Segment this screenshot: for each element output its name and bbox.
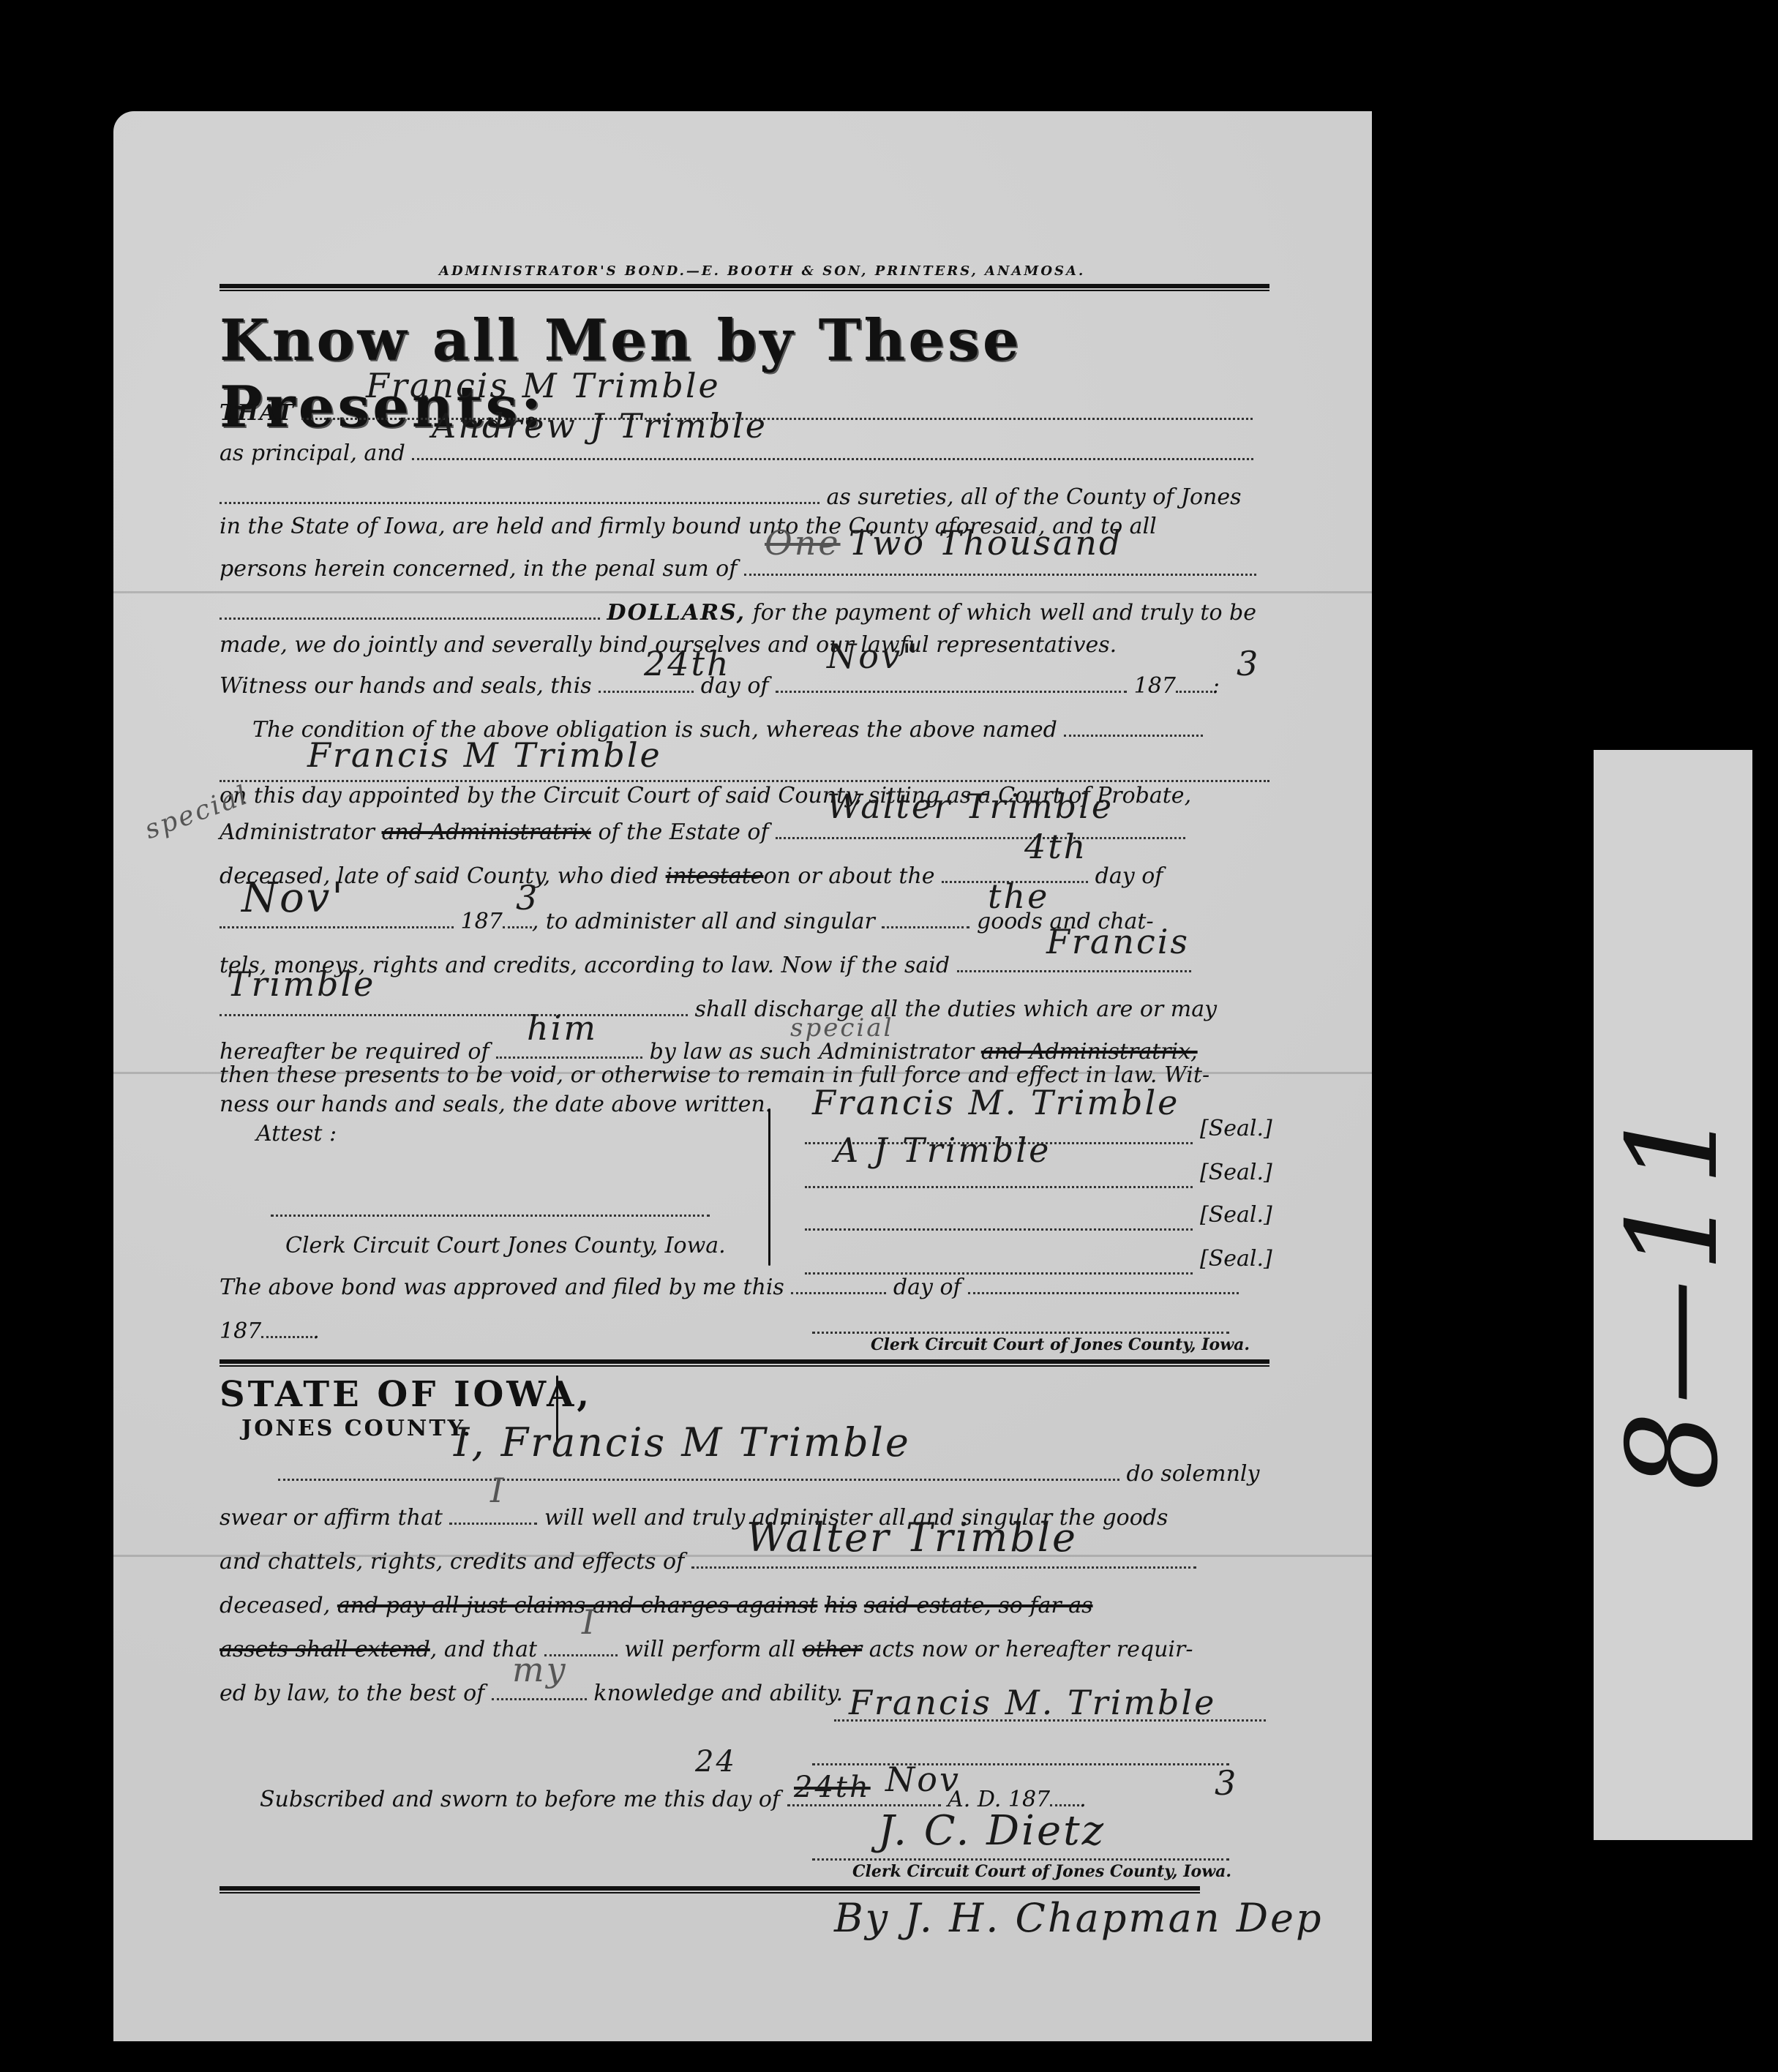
approved-clerk: Clerk Circuit Court of Jones County, Iow… [871, 1335, 1250, 1354]
approved-clerk-line [812, 1317, 1229, 1334]
fold-line [113, 591, 1372, 593]
clerk-signature: J. C. Dietz [878, 1807, 1106, 1855]
deceased-struck: and pay all just claims and charges agai… [337, 1593, 818, 1618]
best-prefix: ed by law, to the best of [220, 1681, 484, 1706]
deceased-label: deceased, [220, 1593, 330, 1618]
administratrix-struck: and Administratrix [382, 819, 591, 845]
that-label: THAT [220, 400, 295, 426]
assets-struck: assets shall extend [220, 1637, 430, 1662]
deceased-struck-2: said estate, so far as [864, 1593, 1093, 1618]
strip-label: 8—11 [1601, 1100, 1746, 1490]
attest-clerk: Clerk Circuit Court Jones County, Iowa. [285, 1231, 1335, 1261]
special-insert: special [790, 1013, 893, 1043]
intestate-struck: intestate [666, 863, 764, 889]
seal-3: [Seal.] [1200, 1202, 1272, 1228]
section-rule [220, 1359, 1269, 1367]
estate-name: Walter Trimble [827, 787, 1114, 826]
deputy-signature: By J. H. Chapman Dep [834, 1895, 1324, 1941]
administer-text: , to administer all and singular [532, 909, 875, 934]
said-name-2: Trimble [227, 964, 375, 1004]
signature-1: Francis M. Trimble [812, 1083, 1179, 1122]
oath-estate-name: Walter Trimble [746, 1514, 1078, 1561]
as-sureties-text: as sureties, all of the County of Jones [827, 484, 1242, 510]
witness-year: 3 [1237, 644, 1260, 683]
approved-day-of: day of [893, 1275, 961, 1300]
perform-suffix: acts now or hereafter requir- [869, 1637, 1193, 1662]
penal-sum-label: persons herein concerned, in the penal s… [220, 556, 737, 582]
admin-name: Francis M Trimble [307, 735, 662, 775]
attest-label: Attest : [256, 1119, 1306, 1149]
oath-county: JONES COUNTY. [241, 1416, 473, 1441]
clerk-line [812, 1851, 1229, 1861]
seal-2: [Seal.] [1200, 1160, 1272, 1185]
penal-sum-struck: One [765, 523, 841, 563]
affiant-name: I, Francis M Trimble [454, 1419, 911, 1465]
as-principal-label: as principal, and [220, 440, 405, 466]
death-month: Nov' [241, 874, 345, 922]
year-prefix: 187 [1134, 673, 1176, 699]
witness-month: Nov" [827, 637, 920, 676]
attest-signature-line [271, 1200, 710, 1217]
clerk-line-top [812, 1756, 1229, 1765]
death-year-prefix: 187 [461, 909, 503, 934]
sub-date-struck: 24th [794, 1771, 871, 1804]
approved-text: The above bond was approved and filed by… [220, 1275, 784, 1300]
payment-text: for the payment of which well and truly … [753, 600, 1256, 626]
witness-day: 24th [644, 644, 731, 683]
his-struck: his [825, 1593, 857, 1618]
footer-rule [220, 1886, 1200, 1893]
him-insert: him [527, 1008, 598, 1048]
chattels-text: and chattels, rights, credits and effect… [220, 1549, 684, 1574]
sub-day-of: day of [712, 1787, 780, 1812]
best-suffix: knowledge and ability. [593, 1681, 843, 1706]
death-day: 4th [1024, 827, 1087, 866]
oath-signature: Francis M. Trimble [849, 1683, 1216, 1722]
do-solemnly: do solemnly [1127, 1461, 1260, 1487]
bond-line-jointly: made, we do jointly and severally bind o… [220, 631, 1269, 660]
said-name-1: Francis [1046, 922, 1190, 961]
of-estate-label: of the Estate of [598, 819, 768, 845]
dollars-label: DOLLARS, [607, 600, 746, 626]
penal-sum: Two Thousand [849, 523, 1122, 563]
administrator-label: Administrator [220, 819, 375, 845]
swear-i: I [490, 1471, 506, 1510]
side-strip: 8—11 [1594, 750, 1752, 1840]
witness-prefix: Witness our hands and seals, this [220, 673, 592, 699]
death-year: 3 [516, 878, 539, 917]
oath-state: STATE OF IOWA, [220, 1374, 592, 1415]
sub-day-insert: 24 [695, 1745, 737, 1779]
day-of-label-2: day of [1095, 863, 1163, 889]
approved-year: 187 [220, 1318, 261, 1344]
header-rule [220, 284, 1269, 291]
discharge-text: shall discharge all the duties which are… [695, 996, 1218, 1022]
sub-month: Nov [885, 1760, 961, 1799]
inserted-the: the [988, 877, 1049, 916]
sub-year: 3 [1215, 1763, 1238, 1803]
oath-clerk-label: Clerk Circuit Court of Jones County, Iow… [852, 1862, 1231, 1881]
deceased-text-b: on or about the [764, 863, 935, 889]
other-struck: other [803, 1637, 863, 1662]
and-that-i: I [582, 1602, 597, 1642]
principal-name: Francis M Trimble [366, 366, 721, 405]
swear-prefix: swear or affirm that [220, 1505, 443, 1531]
subscribed-text: Subscribed and sworn to before me this [260, 1787, 705, 1812]
signature-line-3 [805, 1202, 1193, 1231]
printer-header: ADMINISTRATOR'S BOND.—E. BOOTH & SON, PR… [439, 263, 1085, 279]
surety-name: Andrew J Trimble [432, 406, 768, 446]
perform-label: will perform all [624, 1637, 795, 1662]
my-insert: my [512, 1650, 568, 1689]
